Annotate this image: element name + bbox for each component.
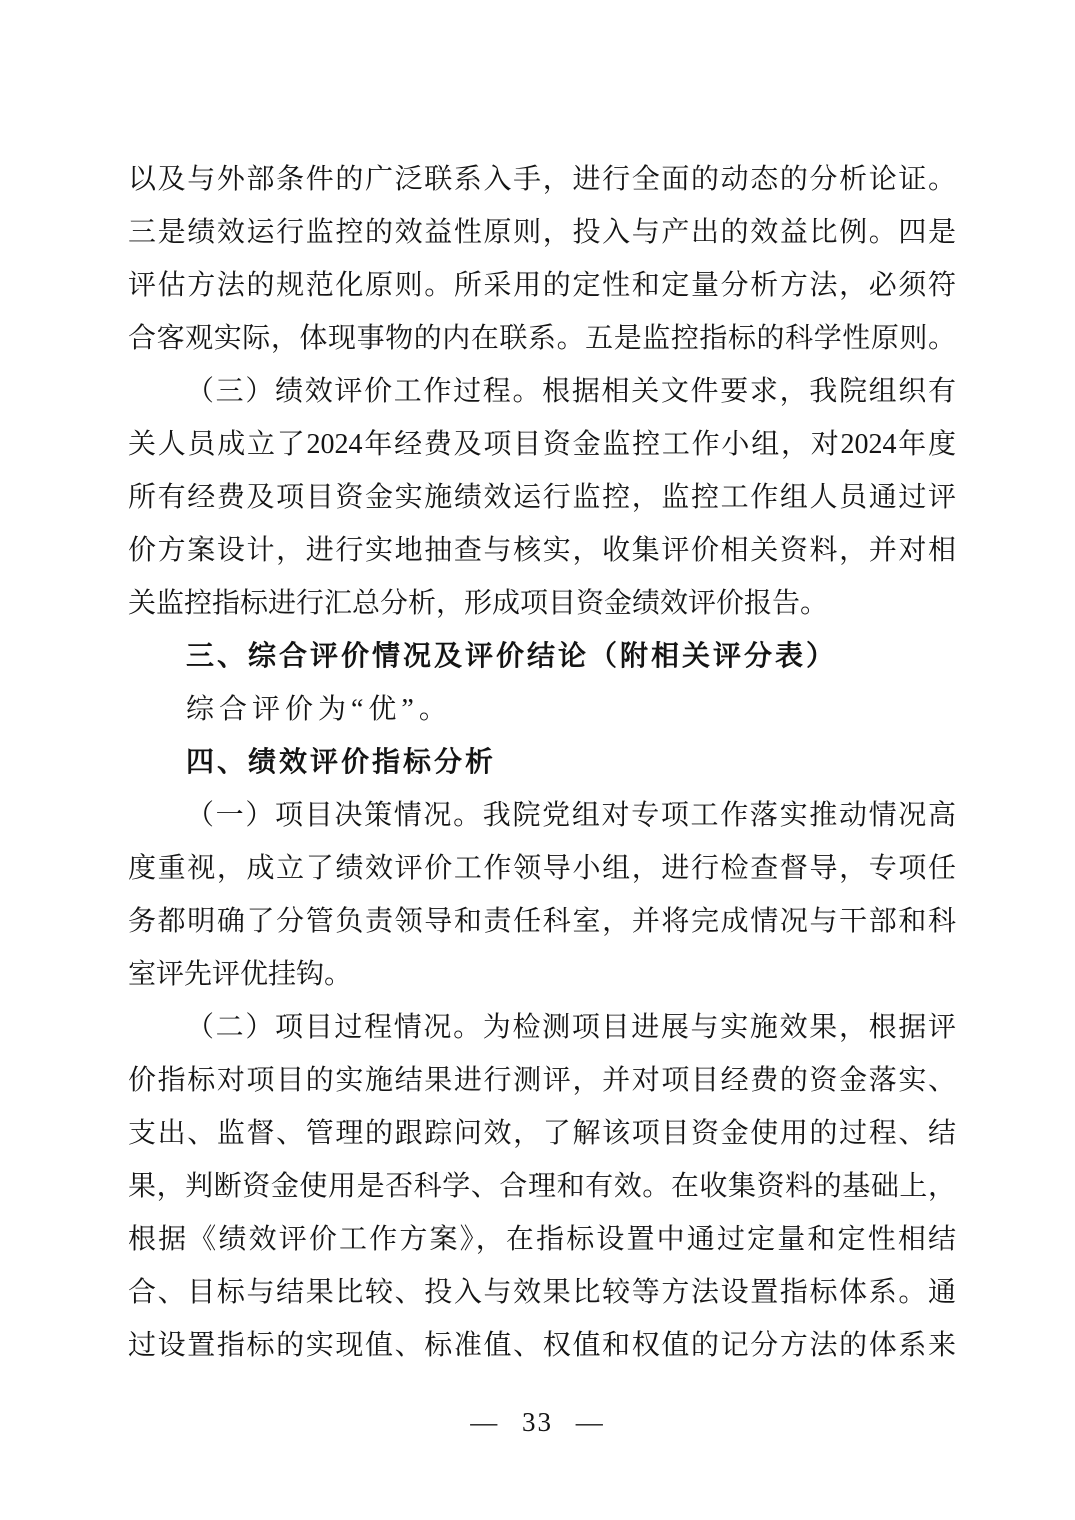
text-line: 过设置指标的实现值、标准值、权值和权值的记分方法的体系来	[128, 1319, 956, 1372]
text-line: 以及与外部条件的广泛联系入手，进行全面的动态的分析论证。	[128, 153, 956, 206]
text-line: 所有经费及项目资金实施绩效运行监控，监控工作组人员通过评	[128, 471, 956, 524]
paragraph-end-line: 室评先评优挂钩。	[128, 948, 956, 1001]
heading-section-3: 三、综合评价情况及评价结论（附相关评分表）	[128, 630, 956, 683]
text-line: 果，判断资金使用是否科学、合理和有效。在收集资料的基础上，	[128, 1160, 956, 1213]
text-line: 根据《绩效评价工作方案》，在指标设置中通过定量和定性相结	[128, 1213, 956, 1266]
text-line: 三是绩效运行监控的效益性原则，投入与产出的效益比例。四是	[128, 206, 956, 259]
paragraph-start-line: （二）项目过程情况。为检测项目进展与实施效果，根据评	[128, 1001, 956, 1054]
text-line: 度重视，成立了绩效评价工作领导小组，进行检查督导，专项任	[128, 842, 956, 895]
paragraph-start-line: （三）绩效评价工作过程。根据相关文件要求，我院组织有	[128, 365, 956, 418]
text-line: 务都明确了分管负责领导和责任科室，并将完成情况与干部和科	[128, 895, 956, 948]
heading-section-4: 四、绩效评价指标分析	[128, 736, 956, 789]
text-line: 价方案设计，进行实地抽查与核实，收集评价相关资料，并对相	[128, 524, 956, 577]
page-footer: — 33 —	[0, 1402, 1075, 1442]
text-line: 支出、监督、管理的跟踪问效，了解该项目资金使用的过程、结	[128, 1107, 956, 1160]
paragraph-start-line: （一）项目决策情况。我院党组对专项工作落实推动情况高	[128, 789, 956, 842]
text-line: 评估方法的规范化原则。所采用的定性和定量分析方法，必须符	[128, 259, 956, 312]
text-line: 合客观实际，体现事物的内在联系。五是监控指标的科学性原则。	[128, 312, 956, 365]
document-body: 以及与外部条件的广泛联系入手，进行全面的动态的分析论证。 三是绩效运行监控的效益…	[128, 153, 956, 1372]
evaluation-result-line: 综合评价为“优”。	[128, 683, 956, 736]
page-number: — 33 —	[470, 1407, 605, 1437]
text-line: 合、目标与结果比较、投入与效果比较等方法设置指标体系。通	[128, 1266, 956, 1319]
text-line: 价指标对项目的实施结果进行测评，并对项目经费的资金落实、	[128, 1054, 956, 1107]
text-line: 关人员成立了2024年经费及项目资金监控工作小组，对2024年度	[128, 418, 956, 471]
paragraph-end-line: 关监控指标进行汇总分析，形成项目资金绩效评价报告。	[128, 577, 956, 630]
document-page: 以及与外部条件的广泛联系入手，进行全面的动态的分析论证。 三是绩效运行监控的效益…	[0, 0, 1075, 1520]
